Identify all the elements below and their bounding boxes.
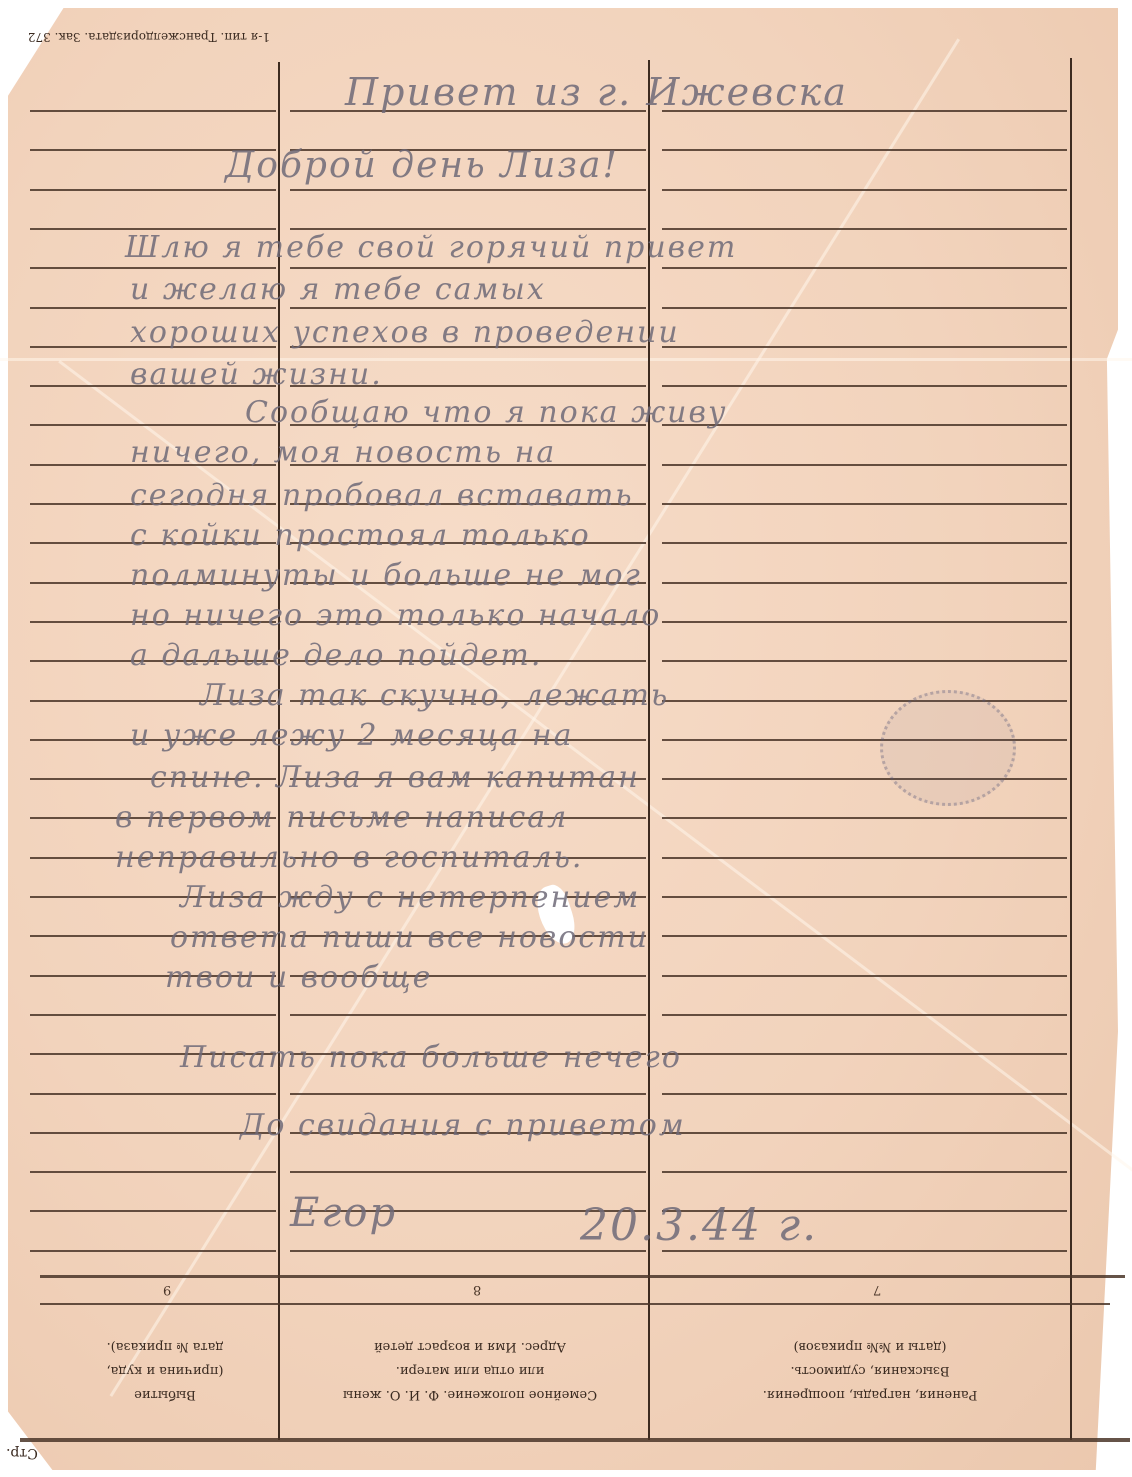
- ruled-line: [662, 621, 1067, 623]
- letter-line: с койки простоял только: [130, 518, 591, 553]
- letter-line: спине. Лиза я вам капитан: [150, 760, 640, 795]
- ruled-line: [30, 1250, 276, 1252]
- letter-line: и желаю я тебе самых: [130, 272, 546, 307]
- ruled-line: [662, 1132, 1067, 1134]
- ruled-line: [662, 267, 1067, 269]
- ruled-line: [30, 1093, 276, 1095]
- ruled-line: [662, 1053, 1067, 1055]
- letter-line: твои и вообще: [165, 960, 432, 995]
- column-number: 7: [873, 1282, 881, 1297]
- letter-line: Писать пока больше нечего: [180, 1040, 682, 1075]
- ruled-line: [662, 385, 1067, 387]
- signature: Егор: [290, 1190, 397, 1236]
- letter-line: а дальше дело пойдет.: [130, 638, 542, 673]
- ruled-line: [290, 1014, 646, 1016]
- letter-date: 20.3.44 г.: [580, 1200, 818, 1251]
- table-number-rule: [40, 1303, 1110, 1305]
- ruled-line: [662, 700, 1067, 702]
- column-number: 8: [473, 1282, 481, 1297]
- letter-line: неправильно в госпиталь.: [115, 840, 583, 875]
- ruled-line: [662, 1093, 1067, 1095]
- ruled-line: [30, 189, 276, 191]
- ruled-line: [662, 149, 1067, 151]
- letter-line: полминуты и больше не мог: [130, 558, 642, 593]
- column-header-departure: Выбытие (причина и куда, дата № приказа)…: [60, 1315, 270, 1425]
- letter-line: вашей жизни.: [130, 357, 383, 392]
- ruled-line: [662, 503, 1067, 505]
- ruled-line: [662, 189, 1067, 191]
- ruled-line: [30, 1210, 276, 1212]
- ruled-line: [290, 1093, 646, 1095]
- ruled-line: [290, 1171, 646, 1173]
- letter-line: сегодня пробовал вставать: [130, 478, 634, 513]
- ruled-line: [662, 464, 1067, 466]
- table-bottom-rule: [20, 1438, 1130, 1442]
- ruled-line: [30, 307, 276, 309]
- ruled-line: [662, 307, 1067, 309]
- ruled-line: [662, 660, 1067, 662]
- letter-title: Привет из г. Ижевска: [345, 70, 848, 114]
- printer-imprint: 1-я тип. Трансжелдориздата. Зак. 372: [40, 30, 270, 44]
- ruled-line: [662, 346, 1067, 348]
- ruled-line: [662, 935, 1067, 937]
- letter-line: Сообщаю что я пока живу: [245, 395, 727, 430]
- column-header-family: Семейное положение. Ф. И. О. жены или от…: [295, 1315, 645, 1425]
- ruled-line: [290, 267, 646, 269]
- ruled-line: [662, 542, 1067, 544]
- postal-stamp: [880, 690, 1016, 806]
- letter-line: Шлю я тебе свой горячий привет: [125, 230, 737, 265]
- table-top-rule: [40, 1275, 1125, 1278]
- letter-line: в первом письме написал: [115, 800, 568, 835]
- letter-line: и уже лежу 2 месяца на: [130, 718, 573, 753]
- ruled-line: [662, 857, 1067, 859]
- ruled-line: [662, 896, 1067, 898]
- ruled-line: [662, 1171, 1067, 1173]
- column-header-awards: Ранения, награды, поощрения. Взыскания, …: [680, 1315, 1060, 1425]
- column-divider: [1070, 58, 1072, 1440]
- letter-line: но ничего это только начало: [130, 598, 661, 633]
- ruled-line: [662, 817, 1067, 819]
- letter-line: ничего, моя новость на: [130, 435, 556, 470]
- ruled-line: [662, 1014, 1067, 1016]
- ruled-line: [30, 424, 276, 426]
- ruled-line: [30, 1171, 276, 1173]
- letter-greeting: Доброй день Лиза!: [225, 145, 619, 186]
- ruled-line: [662, 582, 1067, 584]
- ruled-line: [662, 778, 1067, 780]
- page-mark: Стр.: [6, 1445, 38, 1461]
- letter-line: хороших успехов в проведении: [130, 315, 680, 350]
- ruled-line: [30, 1014, 276, 1016]
- letter-line: Лиза так скучно, лежать: [200, 678, 669, 713]
- ruled-line: [290, 189, 646, 191]
- ruled-line: [30, 267, 276, 269]
- ruled-line: [662, 975, 1067, 977]
- letter-line: До свидания с приветом: [240, 1108, 686, 1143]
- letter-line: ответа пиши все новости: [170, 920, 649, 955]
- letter-line: Лиза жду с нетерпением: [180, 880, 640, 915]
- column-number: 9: [163, 1282, 171, 1297]
- ruled-line: [30, 110, 276, 112]
- ruled-line: [290, 307, 646, 309]
